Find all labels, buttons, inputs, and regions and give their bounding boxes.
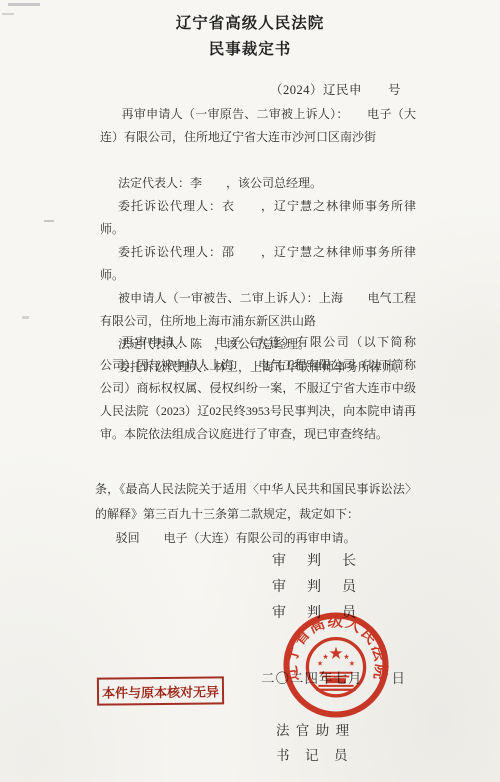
court-name-title: 辽宁省高级人民法院: [0, 11, 500, 33]
judge-line-1: 审 判 员: [272, 575, 360, 601]
ruling-date: 二〇二四年七月 日: [261, 667, 406, 687]
court-ruling-page: 辽宁省高级人民法院 民事裁定书 （2024）辽民申 号 再审申请人（一审原告、二…: [0, 0, 500, 782]
paragraph-text: 再审申请人（一审原告、二审被上诉人）： 电子（大连）有限公司，住所地辽宁省大连市…: [100, 103, 416, 149]
paragraph-text: 条，《最高人民法院关于适用〈中华人民共和国民事诉讼法〉的解释》第三百九十三条第二…: [95, 477, 417, 527]
verification-stamp: 本件与原本核对无异: [97, 676, 224, 705]
paragraph-litigation-agent-2: 委托诉讼代理人：邵 ，辽宁慧之林律师事务所律师。: [100, 241, 416, 287]
clerk-line: 书 记 员: [276, 744, 349, 764]
scan-artifact: [22, 316, 29, 319]
presiding-judge-line: 审 判 长: [272, 549, 360, 575]
document-type-title: 民事裁定书: [0, 37, 500, 59]
scan-artifact: [8, 3, 40, 6]
case-number: （2024）辽民申 号: [270, 80, 401, 98]
paragraph-case-summary: 再审申请人 电子（大连）有限公司（以下简称 公司）因与被申请人上海 电气工程有限…: [100, 331, 416, 446]
paragraph-text: 驳回 电子（大连）有限公司的再审申请。: [100, 527, 416, 550]
judge-assistant-line: 法 官 助 理: [276, 719, 351, 739]
paragraph-text: 再审申请人 电子（大连）有限公司（以下简称 公司）因与被申请人上海 电气工程有限…: [100, 331, 416, 446]
paragraph-retrial-applicant: 再审申请人（一审原告、二审被上诉人）： 电子（大连）有限公司，住所地辽宁省大连市…: [100, 103, 416, 149]
paragraph-ruling: 驳回 电子（大连）有限公司的再审申请。: [100, 527, 416, 550]
scan-artifact: [2, 13, 14, 15]
paragraph-litigation-agent-1: 委托诉讼代理人：衣 ，辽宁慧之林律师事务所律师。: [100, 195, 416, 241]
court-round-seal: 辽宁省高级人民法院: [281, 610, 391, 720]
paragraph-respondent: 被申请人（一审被告、二审上诉人）：上海 电气工程有限公司，住所地上海市浦东新区洪…: [100, 287, 416, 333]
paragraph-legal-representative-applicant: 法定代表人：李 ，该公司总经理。: [100, 172, 416, 195]
paragraph-legal-basis: 条，《最高人民法院关于适用〈中华人民共和国民事诉讼法〉的解释》第三百九十三条第二…: [95, 477, 417, 527]
scan-artifact: [44, 220, 54, 222]
